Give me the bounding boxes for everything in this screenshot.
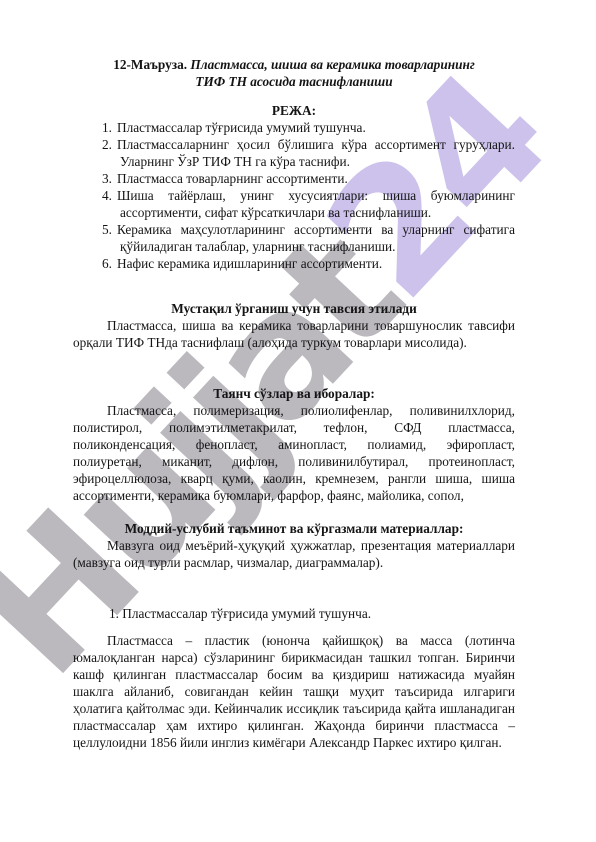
plan-item-number: 1. bbox=[102, 120, 112, 135]
section1-paragraph: Пластмасса – пластик (юнонча қайишқоқ) в… bbox=[73, 632, 515, 751]
plan-item: 4.Шиша тайёрлаш, унинг хусусиятлари: шиш… bbox=[73, 187, 515, 221]
lecture-title-text: Пластмасса, шиша ва керамика товарларини… bbox=[190, 57, 474, 72]
plan-list: 1.Пластмассалар тўғрисида умумий тушунча… bbox=[73, 119, 515, 272]
plan-item-text: Керамика маҳсулотларининг ассортименти в… bbox=[117, 222, 515, 254]
keywords-heading: Таянч сўзлар ва иборалар: bbox=[73, 385, 515, 402]
plan-item-text: Шиша тайёрлаш, унинг хусусиятлари: шиша … bbox=[117, 188, 515, 220]
section1-heading: 1. Пластмассалар тўғрисида умумий тушунч… bbox=[73, 605, 515, 622]
materials-heading: Моддий-услубий таъминот ва кўргазмали ма… bbox=[73, 520, 515, 537]
lecture-title: 12-Маъруза. Пластмасса, шиша ва керамика… bbox=[73, 56, 515, 90]
plan-heading: РЕЖА: bbox=[73, 102, 515, 119]
plan-item: 5.Керамика маҳсулотларининг ассортименти… bbox=[73, 221, 515, 255]
plan-item-text: Нафис керамика идишларининг ассортименти… bbox=[117, 256, 382, 271]
lecture-title-line1: 12-Маъруза. Пластмасса, шиша ва керамика… bbox=[73, 56, 515, 73]
materials-paragraph: Мавзуга оид меъёрий-ҳуқуқий ҳужжатлар, п… bbox=[73, 537, 515, 571]
plan-item-number: 5. bbox=[102, 222, 112, 237]
keywords-paragraph: Пластмасса, полимеризация, полиолифенлар… bbox=[73, 402, 515, 504]
plan-item: 1.Пластмассалар тўғрисида умумий тушунча… bbox=[73, 119, 515, 136]
lecture-number: 12-Маъруза. bbox=[113, 57, 187, 72]
self-study-paragraph: Пластмасса, шиша ва керамика товарларини… bbox=[73, 317, 515, 351]
plan-item-number: 4. bbox=[102, 188, 112, 203]
plan-item: 6.Нафис керамика идишларининг ассортимен… bbox=[73, 255, 515, 272]
plan-item-text: Пластмассалар тўғрисида умумий тушунча. bbox=[117, 120, 366, 135]
document-content: 12-Маъруза. Пластмасса, шиша ва керамика… bbox=[0, 0, 596, 751]
self-study-heading: Мустақил ўрганиш учун тавсия этилади bbox=[73, 300, 515, 317]
plan-item-number: 3. bbox=[102, 171, 112, 186]
plan-item-number: 6. bbox=[102, 256, 112, 271]
plan-item-text: Пластмассаларнинг ҳосил бўлишига кўра ас… bbox=[117, 137, 515, 169]
lecture-title-line2: ТИФ ТН асосида таснифланиши bbox=[73, 73, 515, 90]
plan-item: 2.Пластмассаларнинг ҳосил бўлишига кўра … bbox=[73, 136, 515, 170]
plan-item: 3.Пластмасса товарларнинг ассортименти. bbox=[73, 170, 515, 187]
plan-item-number: 2. bbox=[102, 137, 112, 152]
plan-item-text: Пластмасса товарларнинг ассортименти. bbox=[117, 171, 348, 186]
document-page: Hujjat24 12-Маъруза. Пластмасса, шиша ва… bbox=[0, 0, 596, 842]
